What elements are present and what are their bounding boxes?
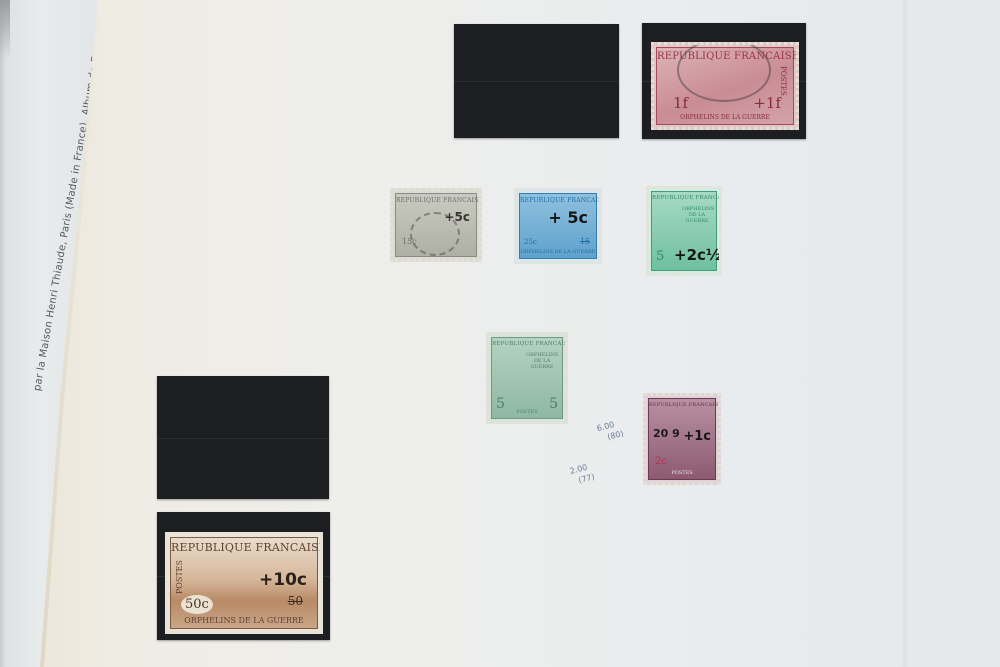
stamp-side: POSTES	[779, 66, 787, 96]
stamp-footer: ORPHELINS DE LA GUERRE	[171, 616, 317, 625]
stamp-surcharge: +1c	[683, 429, 711, 444]
postmark	[677, 42, 771, 102]
shadow	[0, 0, 10, 60]
stamp-1f-rose: REPUBLIQUE FRANCAISE POSTES 1f +1f ORPHE…	[651, 42, 799, 130]
postmark-text: 20 9	[653, 427, 680, 440]
empty-mount-left	[157, 376, 329, 499]
stamp-surcharge: + 5c	[548, 208, 588, 227]
stamp-5c-green-surcharged: REPUBLIQUE FRANCAISE ORPHELINS DE LA GUE…	[646, 186, 722, 276]
stamp-header: REPUBLIQUE FRANCAISE	[396, 197, 476, 204]
stamp-old-value: 15	[580, 237, 590, 246]
stamp-value: 50c	[181, 595, 213, 614]
stamp-value: 1f	[673, 94, 688, 112]
stamp-album-photo: par la Maison Henri Thiaude, Paris (Made…	[0, 0, 1000, 667]
stamp-footer: POSTES	[492, 409, 562, 415]
stamp-value: 25c	[524, 238, 537, 246]
stamp-header: REPUBLIQUE FRANCAISE	[520, 197, 596, 204]
stamp-caption: ORPHELINS DE LA GUERRE	[526, 352, 558, 370]
stamp-15c-grey: REPUBLIQUE FRANCAISE 15c +5c	[390, 188, 482, 262]
stamp-5c-green: REPUBLIQUE FRANCAISE ORPHELINS DE LA GUE…	[486, 332, 568, 424]
stamp-surcharge: +2c½	[674, 246, 721, 264]
stamp-footer: ORPHELINS DE LA GUERRE	[657, 114, 793, 121]
stamp-old-value: 50	[288, 594, 303, 608]
stamp-caption: ORPHELINS DE LA GUERRE	[682, 206, 712, 224]
stamp-header: REPUBLIQUE FRANCAISE	[649, 402, 715, 408]
stamp-surcharge: +10c	[259, 570, 307, 590]
stamp-footer: ORPHELINS DE LA GUERRE	[520, 249, 596, 255]
page-crease	[903, 0, 907, 667]
stamp-value: 2c	[655, 456, 667, 467]
postmark	[410, 212, 460, 256]
stamp-header: REPUBLIQUE FRANCAISE	[492, 341, 562, 347]
stamp-value: 5	[656, 249, 664, 264]
stamp-2c-purple: REPUBLIQUE FRANCAISE 20 9 +1c 2c POSTES	[643, 393, 721, 485]
stamp-25c-blue: REPUBLIQUE FRANCAISE + 5c 25c 15 ORPHELI…	[514, 188, 602, 264]
empty-mount-top	[454, 24, 619, 138]
stamp-50c-brown: REPUBLIQUE FRANCAISE POSTES +10c 50 50c …	[165, 532, 323, 634]
stamp-side: POSTES	[175, 560, 184, 594]
stamp-header: REPUBLIQUE FRANCAISE	[171, 541, 317, 554]
stamp-surcharge-value: +1f	[753, 94, 781, 112]
stamp-header: REPUBLIQUE FRANCAISE	[652, 195, 716, 201]
stamp-footer: POSTES	[649, 470, 715, 476]
